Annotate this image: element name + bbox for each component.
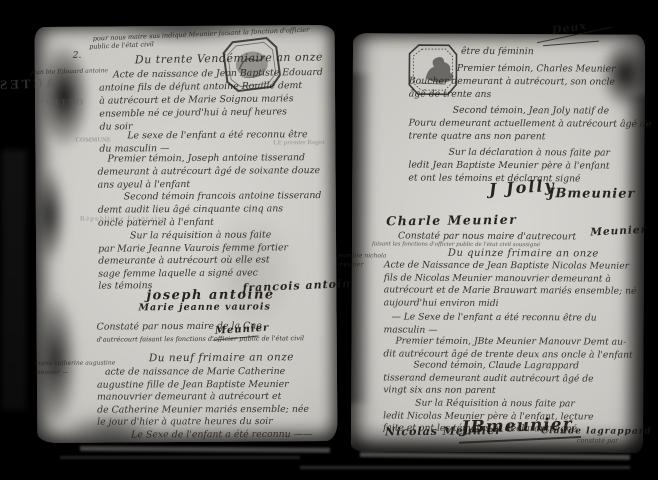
act-paragraph: — Le Sexe de l'enfant a été reconnu être…: [384, 311, 597, 337]
certify-line: d'autrécourt faisant les fonctions d'off…: [97, 332, 304, 345]
margin-note: jean bte nichola meunier: [338, 251, 387, 269]
act-line: âgé de trente ans: [409, 88, 616, 102]
act-line: autrécourt et de Marie Brauwart mariés e…: [384, 285, 637, 299]
act-paragraph: Premier témoin, Joseph antoine tisserand…: [97, 151, 320, 192]
book-edge-streak: [300, 466, 630, 469]
act-paragraph: Second témoin, Jean Joly natif de Pouru …: [409, 104, 652, 144]
act-paragraph: Acte de Naissance de Jean Baptiste Nicol…: [384, 259, 637, 311]
signature: Charle Meunier: [386, 212, 517, 229]
act-line: de Catherine Meunier mariés ensemble; né…: [97, 403, 312, 416]
book-edge-streak: [2, 150, 26, 410]
act-line: Le sexe de l'enfant a été reconnu être: [99, 128, 307, 142]
signature: Marie jeanne vaurois: [138, 301, 270, 313]
folio-flourish: [543, 41, 599, 47]
act-paragraph: Second témoin francois antoine tisserand…: [98, 189, 322, 230]
act-paragraph: Premier témoin, JBte Meunier Manouvr Dem…: [383, 335, 632, 361]
act-line: le jour d'hier à quatre heures du soir: [97, 416, 312, 429]
act-line: Sur la déclaration à nous faite par: [408, 146, 610, 160]
act-line: acte de naissance de Marie Catherine: [97, 366, 312, 379]
certify-note: constaté par: [577, 436, 618, 444]
certification: Constaté par nous maire de la Cne d'autr…: [97, 320, 305, 345]
signature: Meunier: [590, 224, 647, 239]
act-line: aujourd'hui environ midi: [384, 297, 637, 311]
act-paragraph: Premier témoin, Charles Meunier Boucher …: [409, 62, 616, 102]
signature: J Jolly: [488, 176, 556, 199]
act-line: Second témoin francois antoine tisserand: [98, 189, 322, 204]
manuscript-scan: ACTES OPTION COMMUNE LE premier Regist R…: [0, 0, 658, 480]
act-paragraph: acte de naissance de Marie Catherine aug…: [97, 366, 313, 442]
book-edge-streak: [360, 452, 630, 460]
margin-note-line: jean bte nichola: [338, 251, 387, 260]
signature: Claude lagrappard: [541, 426, 652, 437]
act-line: augustine fille de Jean Baptiste Meunier: [97, 378, 312, 391]
left-page: ACTES OPTION COMMUNE LE premier Regist R…: [35, 25, 338, 443]
act-line: Premier témoin, Charles Meunier: [409, 62, 616, 76]
act-line: — Le Sexe de l'enfant a été reconnu être…: [384, 311, 597, 325]
act-heading: Du quinze frimaire an onze: [448, 248, 599, 260]
act-line: Premier témoin, JBte Meunier Manouvr Dem…: [383, 335, 632, 349]
book-edge-streak: [80, 446, 330, 453]
page-number: 2.: [73, 51, 82, 61]
act-line: ledit Jean Baptiste Meunier père à l'enf…: [408, 159, 610, 173]
bleedthrough-text: OPTION: [36, 97, 84, 107]
act-paragraph: Second témoin, Claude Lagrappard tissera…: [383, 359, 593, 398]
margin-note-line: meunier: [338, 260, 387, 269]
certify-line: Constaté par nous maire d'autrecourt: [398, 230, 576, 242]
stain-texture: [25, 145, 74, 285]
signature: JBmeunier: [548, 186, 635, 201]
act-heading: Du neuf frimaire an onze: [149, 351, 294, 364]
margin-note: jean bte Edouard antoine: [31, 67, 108, 76]
act-line: manouvrier demeurant à autrécourt et: [97, 391, 312, 404]
act-line: Second témoin, Jean Joly natif de: [409, 104, 652, 118]
act-line: Second témoin, Claude Lagrappard: [383, 359, 593, 373]
act-line: Acte de Naissance de Jean Baptiste Nicol…: [384, 259, 637, 273]
act-line: demeurant à autrécourt âgé de soixante d…: [98, 164, 321, 179]
act-line: Sur la Réquisition à nous faite par: [383, 397, 594, 411]
act-line: être du féminin: [461, 46, 534, 57]
book-edge-streak: [60, 456, 300, 459]
stain-texture: [345, 73, 373, 403]
act-line: trente quatre ans non parent: [409, 130, 652, 144]
act-line: Pouru demeurant actuellement à autrécour…: [409, 117, 652, 131]
bleedthrough-text: ACTES: [0, 75, 56, 93]
act-line: Sur la réquisition à nous faite: [98, 229, 288, 243]
act-line: tisserand demeurant audit autrécourt âgé…: [383, 372, 593, 386]
act-line: vingt six ans non parent: [383, 385, 593, 399]
act-line: Le Sexe de l'enfant a été reconnu ——: [97, 428, 312, 441]
act-paragraph: Acte de naissance de Jean Baptiste Edoua…: [99, 66, 324, 134]
act-line: oncle paternel à l'enfant: [98, 215, 322, 230]
act-line: demeurante à autrécourt où elle est: [98, 254, 288, 268]
act-line: Boucher demeurant à autrécourt, son oncl…: [409, 75, 616, 89]
right-page: Deux être du féminin Premier témoin, Cha…: [351, 33, 645, 453]
